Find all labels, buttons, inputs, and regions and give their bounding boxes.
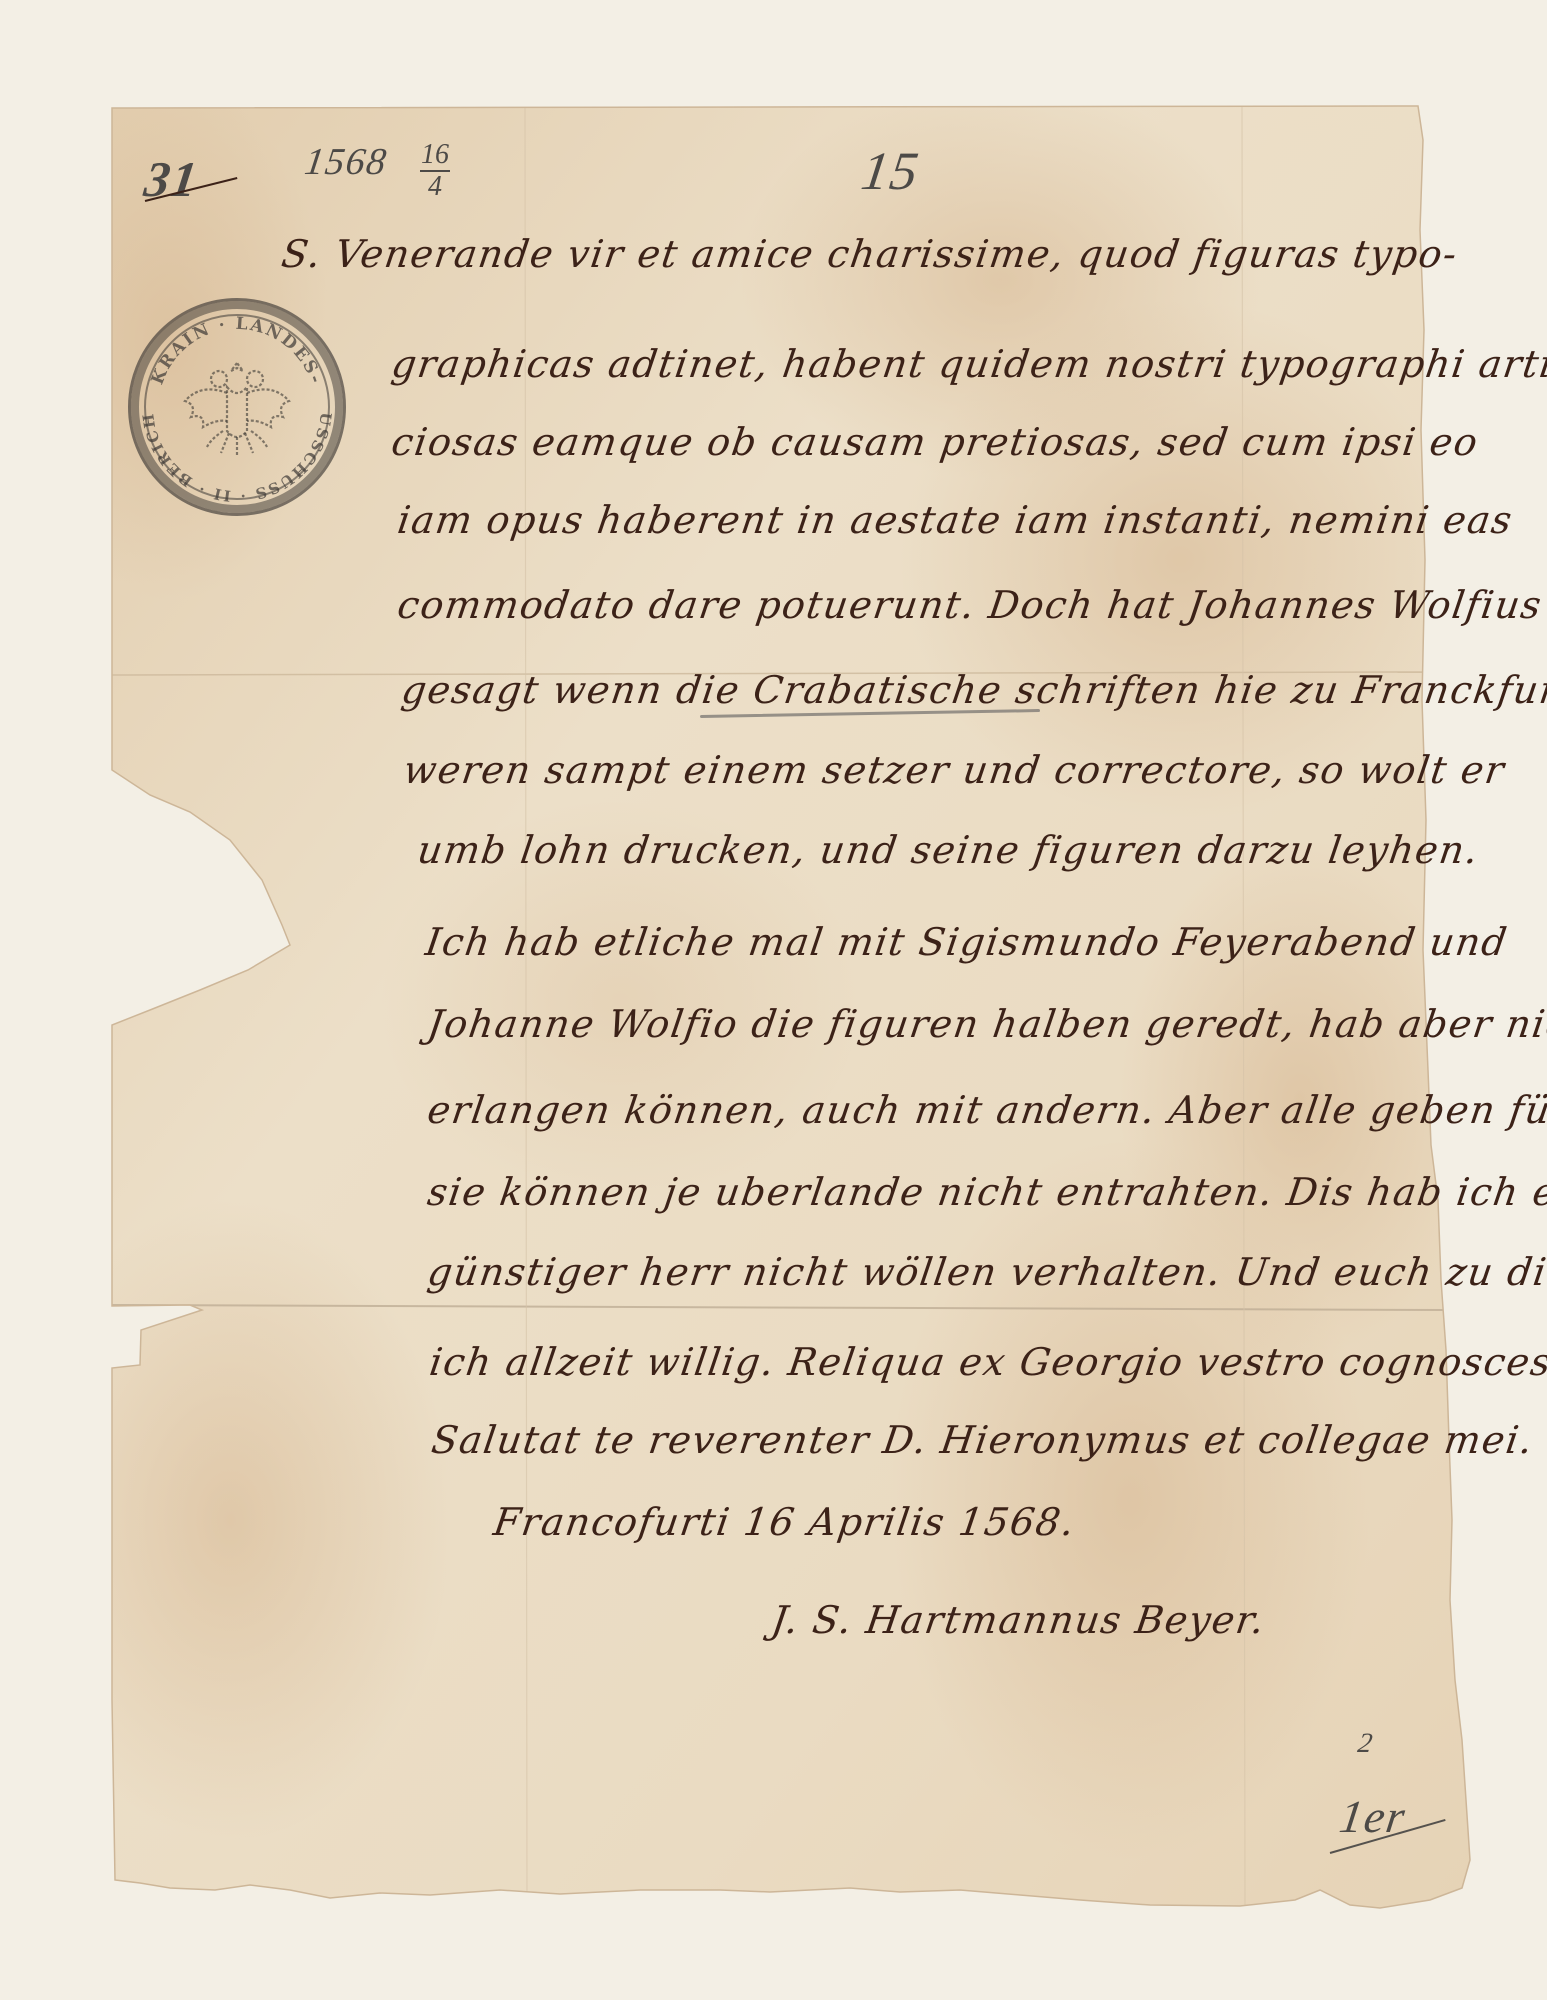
letter-line-5: commodato dare potuerunt. Doch hat Johan…	[395, 583, 1545, 627]
letter-line-2: graphicas adtinet, habent quidem nostri …	[389, 342, 1547, 386]
letter-line-12: sie können je uberlande nicht entrahten.…	[425, 1170, 1547, 1214]
letter-line-6: gesagt wenn die Crabatische schriften hi…	[399, 668, 1547, 712]
letter-signature: J. S. Hartmannus Beyer.	[769, 1598, 1268, 1642]
letter-line-11: erlangen können, auch mit andern. Aber a…	[425, 1088, 1547, 1132]
letter-line-15: Salutat te reverenter D. Hieronymus et c…	[429, 1418, 1537, 1462]
letter-line-14: ich allzeit willig. Reliqua ex Georgio v…	[427, 1340, 1547, 1384]
letter-line-10: Johanne Wolfio die figuren halben geredt…	[425, 1002, 1547, 1046]
letter-line-7: weren sampt einem setzer und correctore,…	[401, 748, 1508, 792]
letter-line-3: ciosas eamque ob causam pretiosas, sed c…	[389, 420, 1482, 464]
letter-line-4: iam opus haberent in aestate iam instant…	[395, 498, 1516, 542]
letter-line-8: umb lohn drucken, und seine figuren darz…	[415, 828, 1482, 872]
letter-line-13: günstiger herr nicht wöllen verhalten. U…	[425, 1250, 1547, 1294]
letter-body: S. Venerande vir et amice charissime, qu…	[0, 0, 1547, 2000]
letter-dateline: Francofurti 16 Aprilis 1568.	[491, 1500, 1078, 1544]
letter-line-1: S. Venerande vir et amice charissime, qu…	[279, 232, 1461, 276]
letter-line-9: Ich hab etliche mal mit Sigismundo Feyer…	[423, 920, 1511, 964]
